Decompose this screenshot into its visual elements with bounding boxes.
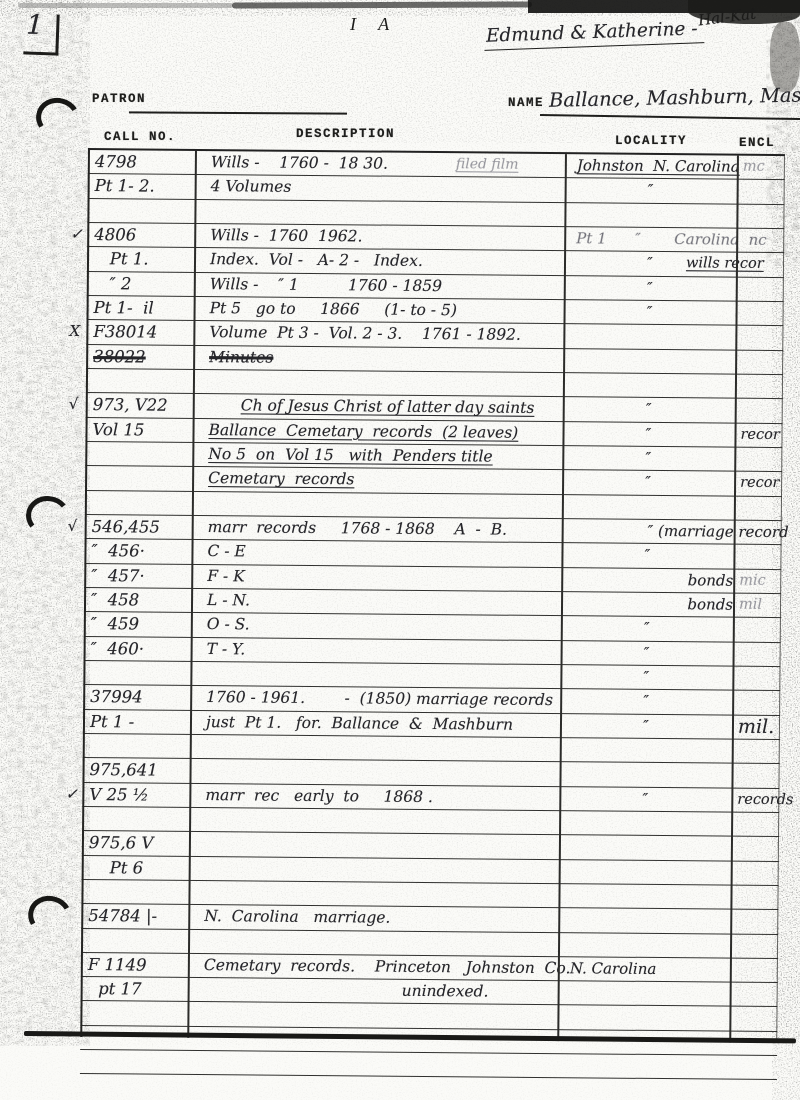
call-no-cell: Pt 1 - (90, 711, 134, 732)
locality-cell (559, 861, 731, 863)
locality-cell (563, 374, 735, 376)
locality-cell (563, 325, 735, 327)
locality-cell: Johnston N. Carolina (565, 155, 749, 178)
description-cell: Index. Vol - A- 2 - Index. (210, 249, 423, 272)
locality-cell (558, 909, 730, 911)
hole-punch (32, 93, 84, 142)
call-no-cell: 975,641 (89, 759, 157, 781)
description-cell: 4 Volumes (211, 176, 292, 198)
description-cell: marr records 1768 - 1868 A - B. (208, 517, 507, 541)
locality-cell: ″ (562, 471, 734, 494)
margin-mark: ✓ (70, 225, 83, 243)
description-cell: Wills - 1760 - 18 30. (211, 152, 388, 175)
description-cell: No 5 on Vol 15 with Penders title (208, 444, 492, 467)
name-label: NAME (508, 96, 544, 110)
patron-blank-line (129, 111, 347, 114)
call-no-cell: 4806 (94, 224, 136, 245)
locality-cell: ″ (564, 277, 736, 300)
call-no-cell: 4798 (95, 151, 137, 172)
call-no-cell: ″ 456· (91, 540, 145, 561)
description-cell: Ch of Jesus Christ of latter day saints (241, 396, 535, 420)
description-cell: T - Y. (207, 639, 246, 660)
locality-cell: ″ (565, 179, 737, 202)
margin-mark: √ (69, 395, 79, 413)
patron-label: PATRON (92, 92, 146, 106)
description-cell: Wills - ″ 1 1760 - 1859 (210, 274, 442, 297)
locality-cell (560, 739, 732, 741)
col-header-call-no: CALL NO. (104, 130, 176, 144)
scanned-call-slip-page: 1 I A Edmund & Katherine - Hal-Kat PATRO… (0, 0, 800, 1100)
description-annotation: filed film (456, 154, 519, 176)
description-cell: unindexed. (402, 981, 489, 1003)
locality-cell (560, 763, 732, 765)
locality-cell (559, 836, 731, 838)
encl-cell: mc (743, 157, 765, 178)
locality-cell: ″ (560, 666, 732, 689)
margin-mark: √ (68, 517, 78, 535)
locality-cell: ″ (561, 617, 733, 640)
locality-cell (563, 350, 735, 352)
description-cell: C - E (207, 541, 245, 562)
call-no-cell: Pt 6 (89, 857, 144, 878)
locality-cell (558, 982, 730, 984)
locality-cell: ″ (563, 301, 735, 324)
col-header-locality: LOCALITY (615, 134, 687, 148)
class-code: I A (350, 14, 398, 35)
encl-cell: recor (740, 473, 779, 494)
call-no-cell: Pt 1- il (94, 297, 154, 319)
locality-cell: ″ (562, 423, 734, 446)
description-cell: F - K (207, 566, 245, 587)
encl-cell: recor (740, 424, 779, 445)
encl-cell: wills recor (686, 254, 764, 276)
call-no-cell: 973, V22 (93, 394, 168, 416)
locality-cell: bonds (561, 593, 738, 616)
page-number-box: 1 (23, 13, 59, 55)
call-no-cell: ″ 457· (91, 565, 145, 586)
call-no-cell: Pt 1. (94, 248, 149, 269)
margin-mark: X (69, 322, 80, 340)
locality-cell: ″ (560, 690, 732, 713)
locality-cell: N. Carolina (558, 958, 742, 981)
locality-cell (565, 204, 737, 206)
description-cell: O - S. (207, 614, 250, 635)
call-no-cell: pt 17 (88, 978, 142, 999)
encl-cell: mil. (738, 716, 774, 737)
locality-cell: bonds (561, 569, 738, 592)
description-cell: Volume Pt 3 - Vol. 2 - 3. 1761 - 1892. (209, 322, 521, 346)
call-no-cell: Vol 15 (92, 419, 144, 440)
locality-cell: ″ (561, 544, 733, 567)
call-no-cell: ″ 2 (94, 273, 132, 294)
locality-cell (559, 812, 731, 814)
description-cell: just Pt 1. for. Ballance & Mashburn (206, 712, 513, 736)
call-no-cell: V 25 ½ (89, 784, 149, 806)
description-cell: marr rec early to 1868 . (205, 785, 433, 808)
call-no-cell: 37994 (90, 686, 143, 707)
locality-cell (557, 1031, 729, 1033)
description-cell: Ballance Cemetary records (2 leaves) (208, 420, 518, 444)
table-row (80, 1050, 777, 1080)
encl-cell: records (737, 789, 793, 810)
call-no-cell: F38014 (93, 321, 157, 343)
call-no-cell: ″ 458 (91, 589, 139, 610)
description-cell: L - N. (207, 590, 250, 611)
call-no-cell: 546,455 (92, 516, 160, 538)
description-cell: N. Carolina marriage. (204, 906, 390, 929)
call-no-cell: Pt 1- 2. (95, 175, 155, 197)
locality-cell: ″ (563, 398, 735, 421)
hole-punch (23, 493, 72, 539)
encl-cell: mil (739, 595, 762, 616)
call-no-cell: 54784 |- (88, 905, 157, 927)
call-no-cell: 975,6 V (89, 832, 154, 854)
locality-cell: ″ (559, 788, 731, 811)
margin-mark: ✓ (65, 784, 78, 802)
description-cell: 1760 - 1961. - (1850) marriage records (206, 687, 553, 711)
locality-cell (558, 934, 730, 936)
description-cell: Pt 5 go to 1866 (1- to - 5) (210, 298, 458, 321)
encl-cell: mic (739, 570, 766, 591)
locality-cell: Pt 1 ″ Carolina nc (564, 228, 748, 251)
locality-cell (559, 885, 731, 887)
scan-band-segment (232, 1, 532, 8)
call-no-cell: 38022 (93, 346, 146, 367)
records-table: 4798 Wills - 1760 - 18 30. filed film Jo… (80, 148, 785, 1043)
locality-cell: ″ (562, 447, 734, 470)
name-underline (540, 114, 800, 120)
locality-cell: ″ (560, 715, 732, 738)
locality-cell (558, 1007, 730, 1009)
scan-band-segment (18, 3, 233, 8)
locality-cell: ″ (561, 642, 733, 665)
description-cell: Cemetary records. Princeton Johnston Co. (204, 955, 571, 979)
locality-cell (557, 1055, 729, 1057)
call-no-cell: ″ 460· (91, 638, 145, 659)
call-no-cell: F 1149 (88, 954, 147, 976)
col-header-encl: ENCL (739, 136, 775, 150)
header-names-note: Edmund & Katherine - (484, 18, 704, 51)
hole-punch (23, 891, 76, 942)
locality-cell: ″ (marriage record (562, 520, 800, 543)
description-cell: Cemetary records (208, 468, 354, 490)
page-number: 1 (26, 9, 44, 41)
col-header-description: DESCRIPTION (296, 127, 395, 141)
scan-edge-smudge (770, 22, 800, 92)
call-no-cell: ″ 459 (91, 613, 139, 634)
description-cell: Wills - 1760 1962. (210, 225, 362, 247)
records-table-rows: 4798 Wills - 1760 - 18 30. filed film Jo… (80, 150, 785, 1081)
name-value: Ballance, Mashburn, Mash (549, 83, 800, 112)
description-cell: Minutes (209, 347, 273, 369)
locality-cell (562, 496, 734, 498)
